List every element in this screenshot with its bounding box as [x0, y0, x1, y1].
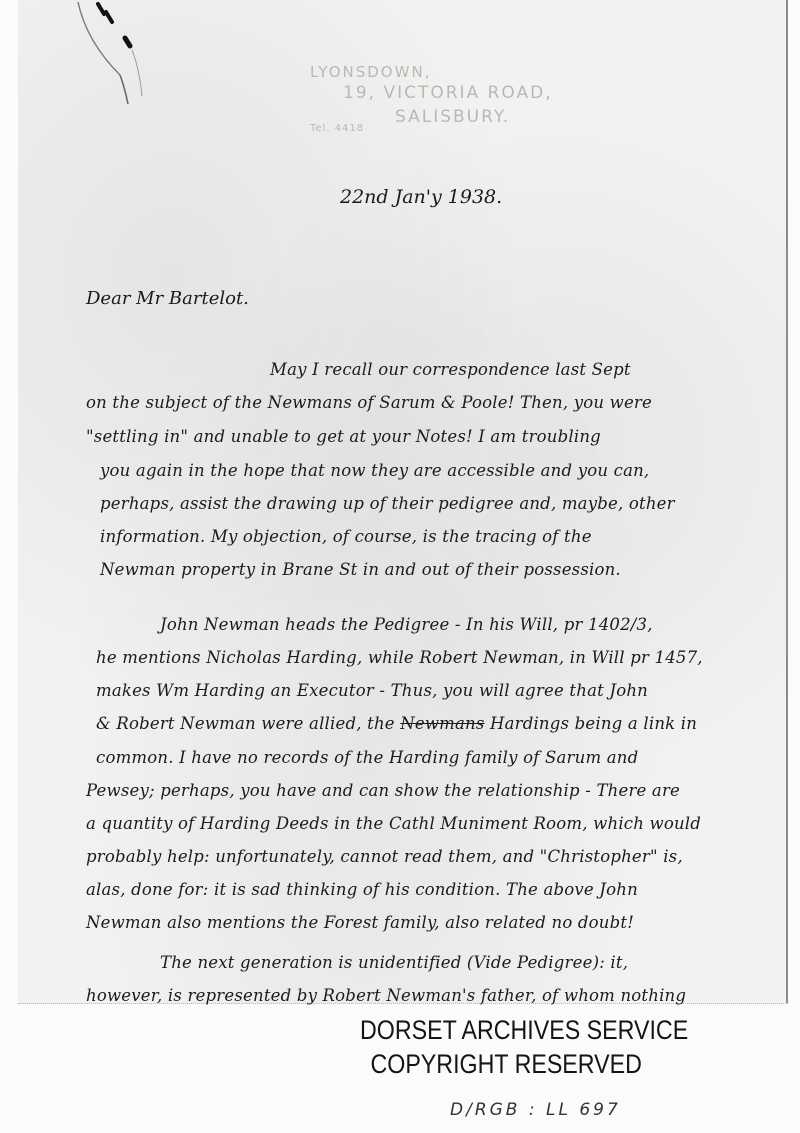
body-line: May I recall our correspondence last Sep…	[270, 360, 631, 379]
letterhead-town: SALISBURY.	[395, 107, 510, 127]
body-line: he mentions Nicholas Harding, while Robe…	[96, 648, 703, 667]
body-line-start: & Robert Newman were allied, the	[96, 714, 395, 733]
letter-date: 22nd Jan'y 1938.	[340, 186, 502, 208]
body-line: John Newman heads the Pedigree - In his …	[160, 615, 653, 634]
body-line: perhaps, assist the drawing up of their …	[100, 494, 675, 513]
body-line: Newman property in Brane St in and out o…	[100, 560, 621, 579]
body-line: The next generation is unidentified (Vid…	[160, 953, 628, 972]
letterhead-street: 19, VICTORIA ROAD,	[343, 83, 553, 103]
body-line: makes Wm Harding an Executor - Thus, you…	[96, 681, 648, 700]
body-line: "settling in" and unable to get at your …	[86, 427, 601, 446]
stamp-line-1: DORSET ARCHIVES SERVICE	[360, 1013, 652, 1047]
body-line: & Robert Newman were allied, the Newmans…	[96, 714, 697, 733]
body-line: Pewsey; perhaps, you have and can show t…	[86, 781, 680, 800]
struck-word: Newmans	[400, 714, 484, 733]
body-line: you again in the hope that now they are …	[100, 461, 649, 480]
scan-mark-scribble	[70, 0, 160, 110]
letterhead-house: LYONSDOWN,	[310, 62, 431, 82]
body-line: common. I have no records of the Harding…	[96, 748, 638, 767]
stamp-line-2: COPYRIGHT RESERVED	[360, 1047, 652, 1081]
body-line: on the subject of the Newmans of Sarum &…	[86, 393, 652, 412]
body-line-end: Hardings being a link in	[490, 714, 697, 733]
letterhead-telephone: Tel. 4418	[310, 119, 364, 139]
body-line: probably help: unfortunately, cannot rea…	[86, 847, 683, 866]
body-line: Newman also mentions the Forest family, …	[86, 913, 634, 932]
body-line: information. My objection, of course, is…	[100, 527, 592, 546]
body-line: a quantity of Harding Deeds in the Cathl…	[86, 814, 701, 833]
salutation: Dear Mr Bartelot.	[86, 288, 249, 309]
page-edge-shadow	[786, 0, 788, 1003]
archive-reference: D/RGB : LL 697	[450, 1100, 621, 1120]
body-line: however, is represented by Robert Newman…	[86, 986, 686, 1005]
body-line: alas, done for: it is sad thinking of hi…	[86, 880, 638, 899]
archive-copyright-stamp: DORSET ARCHIVES SERVICE COPYRIGHT RESERV…	[360, 1013, 652, 1081]
